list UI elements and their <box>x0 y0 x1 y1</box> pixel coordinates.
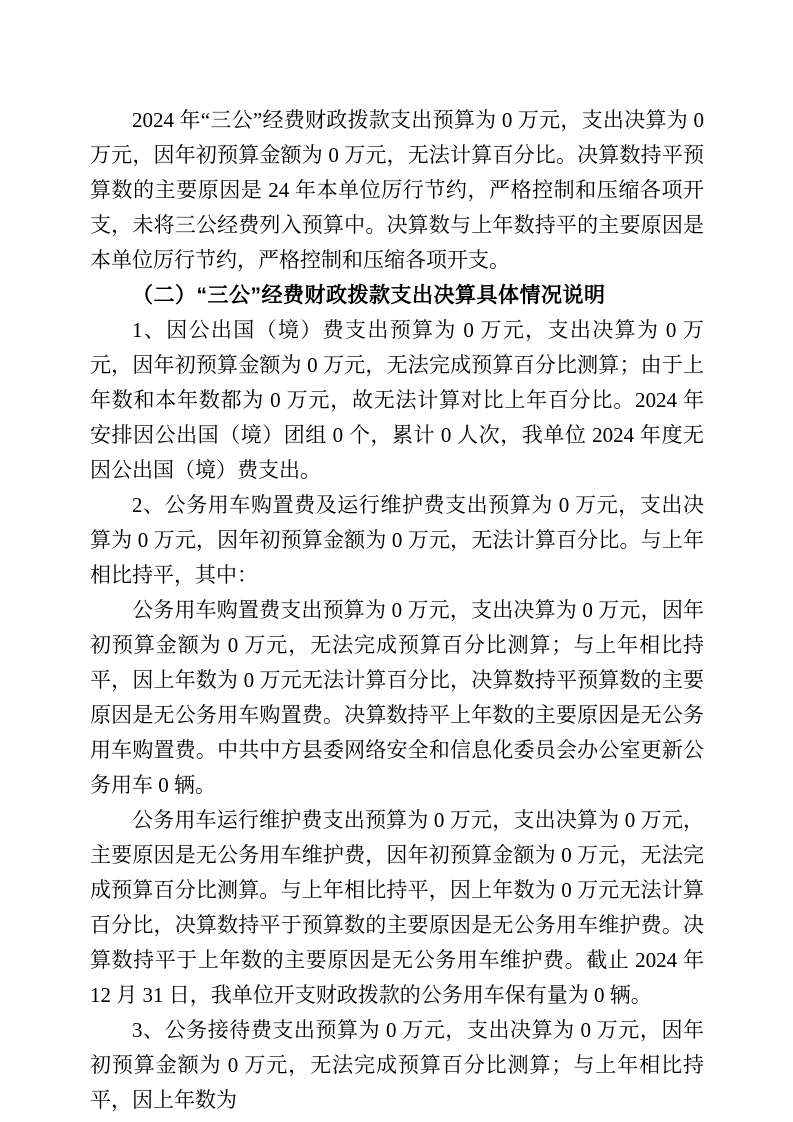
para-official-reception: 3、公务接待费支出预算为 0 万元，支出决算为 0 万元，因年初预算金额为 0 … <box>90 1013 704 1118</box>
para-vehicle-overview: 2、公务用车购置费及运行维护费支出预算为 0 万元，支出决算为 0 万元，因年初… <box>90 488 704 593</box>
document-page: 2024 年“三公”经费财政拨款支出预算为 0 万元，支出决算为 0 万元，因年… <box>0 0 793 1122</box>
para-vehicle-purchase: 公务用车购置费支出预算为 0 万元，支出决算为 0 万元，因年初预算金额为 0 … <box>90 593 704 803</box>
para-vehicle-maintenance: 公务用车运行维护费支出预算为 0 万元，支出决算为 0 万元，主要原因是无公务用… <box>90 803 704 1013</box>
section-heading: （二）“三公”经费财政拨款支出决算具体情况说明 <box>90 278 704 313</box>
intro-paragraph: 2024 年“三公”经费财政拨款支出预算为 0 万元，支出决算为 0 万元，因年… <box>90 103 704 278</box>
document-body: 2024 年“三公”经费财政拨款支出预算为 0 万元，支出决算为 0 万元，因年… <box>90 103 704 1118</box>
para-official-travel-abroad: 1、因公出国（境）费支出预算为 0 万元，支出决算为 0 万元，因年初预算金额为… <box>90 313 704 488</box>
